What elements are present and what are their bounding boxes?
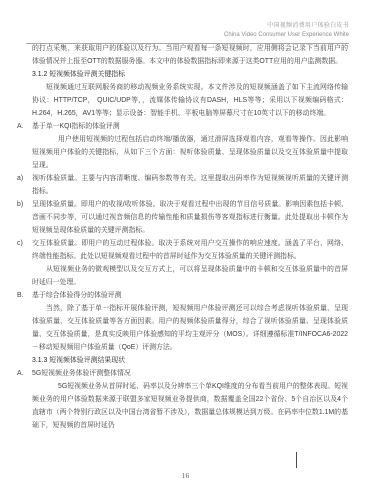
paragraph-mos: 当然，除了基于单一指标开展体验评测，短视频用户体验评测还可以综合考虑视听体验质量… (32, 302, 348, 354)
paragraph-user-process: 用户使用短视频的过程包括启动终端/播放器，通过滑屏选择观看内容，观看等操作。因此… (32, 133, 348, 172)
list-item-label: c) (17, 237, 32, 250)
list-item-B: B.基于综合体验得分的体验评测 (32, 289, 348, 302)
paragraph-intro: 短视频通过互联网服务商的移动视频业务系统实现。本文件涉及的短视频涵盖了如下主流网… (32, 81, 348, 120)
list-item-label: A. (17, 120, 32, 133)
header-title-en: China Video Consumer User Experience Whi… (26, 31, 349, 40)
list-item-A2: A.5G短视频业务体验评测整体情况 (32, 367, 348, 380)
list-item-text: 5G短视频业务体验评测整体情况 (32, 370, 131, 377)
list-item-A1: A.基于单一KQI指标的体验评测 (32, 120, 348, 133)
section-heading-3-1-2: 3.1.2 短视频体验评测关键指标 (32, 68, 348, 81)
list-item-a: a)视听体验质量。主要与内容清晰度、编码参数等有关。这里提取出码率作为短视频视听… (32, 172, 348, 198)
paragraph-5g-results: 5G短视频业务从首屏时延、码率以及分辨率三个单KQI维度的分布看当前用户的整体表… (32, 380, 348, 432)
document-page: 中国视频消费用户体验白皮书 China Video Consumer User … (0, 0, 371, 500)
list-item-text: 基于单一KQI指标的体验评测 (32, 123, 120, 130)
paragraph-continuation: 的打点采集，来获取用户的体验以及行为。当用户观看每一条短视频时，应用侧将会记录下… (32, 42, 348, 68)
list-item-text: 视听体验质量。主要与内容清晰度、编码参数等有关。这里提取出码率作为短视频视听质量… (32, 175, 348, 195)
list-item-text: 呈现体验质量。即用户的收视/收听体验。取决于观看过程中出现的节目信号质量。影响因… (32, 201, 348, 234)
text-caret (296, 452, 297, 468)
list-item-b: b)呈现体验质量。即用户的收视/收听体验。取决于观看过程中出现的节目信号质量。影… (32, 198, 348, 237)
header-title-zh: 中国视频消费用户体验白皮书 (26, 22, 349, 31)
list-item-text: 交互体验质量。即用户的互动过程体验。取决于系统对用户交互操作的响应速度。涵盖了平… (32, 240, 348, 260)
section-heading-3-1-3: 3.1.3 短视频体验评测结果现状 (32, 354, 348, 367)
list-item-text: 基于综合体验得分的体验评测 (32, 292, 122, 299)
page-header: 中国视频消费用户体验白皮书 China Video Consumer User … (26, 22, 349, 44)
page-number: 16 (0, 471, 371, 480)
list-item-label: A. (17, 367, 32, 380)
list-item-label: b) (17, 198, 32, 211)
paragraph-micro-model: 从短视频业务的微观模型以及交互方式上，可以将呈现体验质量中的卡顿和交互体验质量中… (32, 263, 348, 289)
list-item-label: B. (17, 289, 32, 302)
list-item-label: a) (17, 172, 32, 185)
document-body[interactable]: 的打点采集，来获取用户的体验以及行为。当用户观看每一条短视频时，应用侧将会记录下… (32, 42, 348, 432)
list-item-c: c)交互体验质量。即用户的互动过程体验。取决于系统对用户交互操作的响应速度。涵盖… (32, 237, 348, 263)
